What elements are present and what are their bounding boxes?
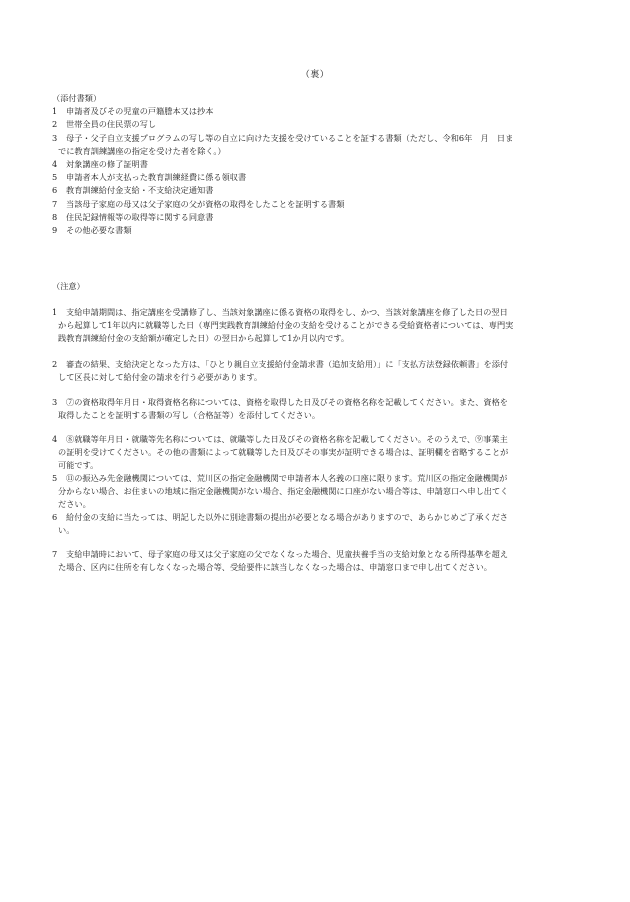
note-item: 1支給申請期間は、指定講座を受講修了し、当該対象講座に係る資格の取得をし、かつ、… [52, 306, 622, 346]
attachment-item: 8住民記録情報等の取得等に関する同意書 [52, 211, 622, 224]
attachment-item-continuation: でに教育訓練講座の指定を受けた者を除く。） [52, 145, 622, 158]
attachment-item: 7当該母子家庭の母又は父子家庭の父が資格の取得をしたことを証明する書類 [52, 198, 622, 211]
note-item: 2審査の結果、支給決定となった方は、「ひとり親自立支援給付金請求書（追加支給用）… [52, 358, 622, 384]
attachment-item: 2世帯全員の住民票の写し [52, 118, 622, 131]
page-title: （裏） [0, 67, 630, 80]
attachments-section: （添付書類） 1申請者及びその児童の戸籍謄本又は抄本 2世帯全員の住民票の写し … [52, 92, 622, 237]
attachment-item: 9その他必要な書類 [52, 224, 622, 237]
note-item: 3⑦の資格取得年月日・取得資格名称については、資格を取得した日及びその資格名称を… [52, 396, 622, 422]
notes-heading: （注意） [52, 280, 622, 293]
note-item: 5⑪の振込み先金融機関については、荒川区の指定金融機関で申請者本人名義の口座に限… [52, 472, 622, 512]
attachment-item: 4対象講座の修了証明書 [52, 158, 622, 171]
note-item: 7支給申請時において、母子家庭の母又は父子家庭の父でなくなった場合、児童扶養手当… [52, 548, 622, 574]
attachment-item: 5申請者本人が支払った教育訓練経費に係る領収書 [52, 171, 622, 184]
notes-heading-block: （注意） [52, 280, 622, 293]
note-item: 6給付金の支給に当たっては、明記した以外に別途書類の提出が必要となる場合がありま… [52, 511, 622, 537]
document-page: （裏） （添付書類） 1申請者及びその児童の戸籍謄本又は抄本 2世帯全員の住民票… [0, 0, 630, 902]
attachment-item: 3母子・父子自立支援プログラムの写し等の自立に向けた支援を受けていることを証する… [52, 132, 622, 145]
attachment-item: 1申請者及びその児童の戸籍謄本又は抄本 [52, 105, 622, 118]
note-item: 4⑧就職等年月日・就職等先名称については、就職等した日及びその資格名称を記載して… [52, 433, 622, 473]
attachment-item: 6教育訓練給付金支給・不支給決定通知書 [52, 184, 622, 197]
attachments-heading: （添付書類） [52, 92, 622, 105]
